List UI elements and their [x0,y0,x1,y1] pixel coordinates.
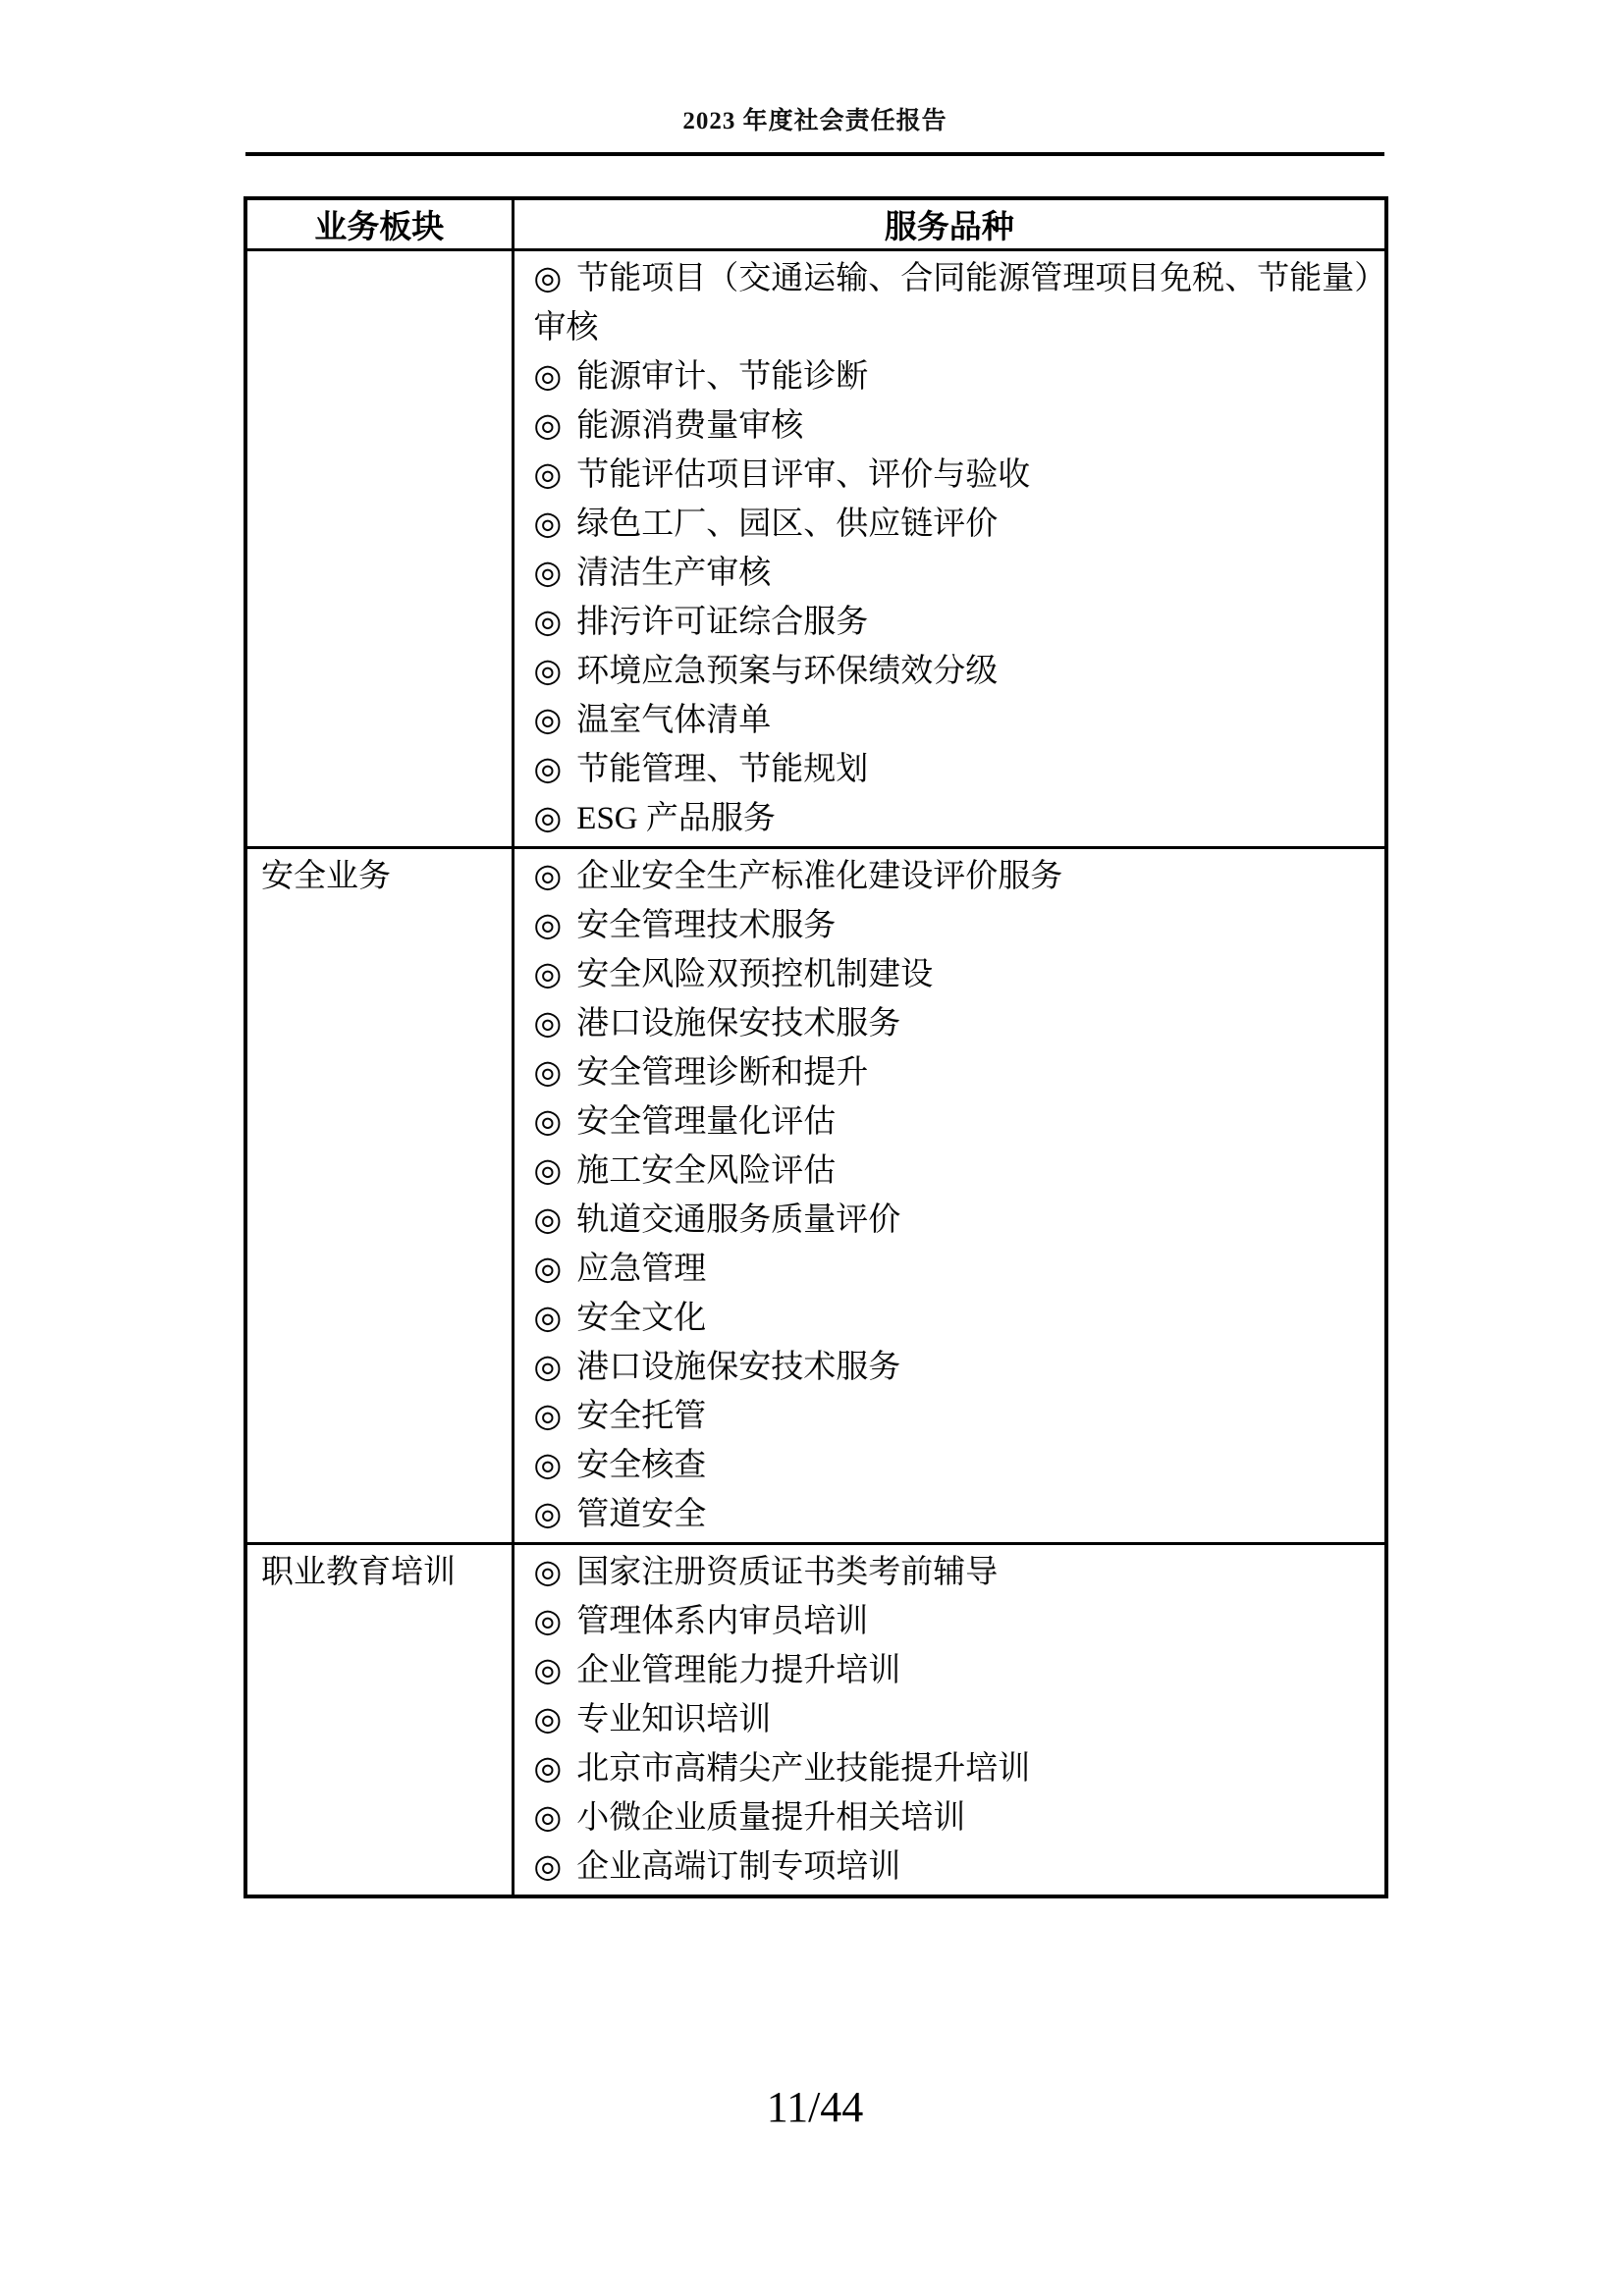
service-item: ◎专业知识培训 [534,1695,1376,1744]
table-row-education: 职业教育培训 ◎国家注册资质证书类考前辅导 ◎管理体系内审员培训 ◎企业管理能力… [245,1543,1386,1896]
service-item-text: 管道安全 [576,1497,706,1532]
bullet-icon: ◎ [534,1350,563,1385]
service-item: ◎企业管理能力提升培训 [534,1646,1376,1695]
service-item-text: 港口设施保安技术服务 [576,1006,900,1041]
service-item: ◎小微企业质量提升相关培训 [534,1793,1376,1842]
service-item-text: 安全托管 [576,1399,706,1434]
service-item-text: 清洁生产审核 [576,556,771,591]
bullet-icon: ◎ [534,1800,563,1836]
business-services-table-wrap: 业务板块 服务品种 ◎节能项目（交通运输、合同能源管理项目免税、节能量）审核 ◎… [244,196,1384,1898]
service-item-text: 节能项目（交通运输、合同能源管理项目免税、节能量）审核 [534,261,1371,346]
document-page: 2023 年度社会责任报告 业务板块 服务品种 ◎节能项目（交通运输、合同能源管… [0,0,1624,2296]
service-item-text: 轨道交通服务质量评价 [576,1202,900,1238]
bullet-icon: ◎ [534,359,563,395]
service-item: ◎安全管理技术服务 [534,901,1376,950]
bullet-icon: ◎ [534,1497,563,1532]
bullet-icon: ◎ [534,408,563,444]
service-item: ◎清洁生产审核 [534,549,1376,598]
service-item: ◎安全核查 [534,1441,1376,1490]
service-item: ◎施工安全风险评估 [534,1147,1376,1196]
bullet-icon: ◎ [534,957,563,992]
bullet-icon: ◎ [534,752,563,787]
bullet-icon: ◎ [534,457,563,493]
service-item-text: 管理体系内审员培训 [576,1604,868,1639]
bullet-icon: ◎ [534,801,563,836]
service-item-text: 应急管理 [576,1252,706,1287]
service-item-text: 绿色工厂、园区、供应链评价 [576,507,998,542]
service-item-text: 排污许可证综合服务 [576,605,868,640]
service-item-text: 企业管理能力提升培训 [576,1653,900,1688]
service-item: ◎排污许可证综合服务 [534,598,1376,647]
column-header-sector: 业务板块 [245,198,513,249]
table-header-row: 业务板块 服务品种 [245,198,1386,249]
service-item: ◎安全文化 [534,1294,1376,1343]
sector-label-education: 职业教育培训 [245,1543,513,1896]
service-item-text: 国家注册资质证书类考前辅导 [576,1555,998,1590]
service-item-text: 安全文化 [576,1301,706,1336]
service-item: ◎企业安全生产标准化建设评价服务 [534,852,1376,901]
bullet-icon: ◎ [534,703,563,738]
bullet-icon: ◎ [534,1849,563,1885]
bullet-icon: ◎ [534,556,563,591]
service-item: ◎安全托管 [534,1392,1376,1441]
service-item: ◎绿色工厂、园区、供应链评价 [534,500,1376,549]
service-item: ◎温室气体清单 [534,696,1376,745]
bullet-icon: ◎ [534,654,563,689]
bullet-icon: ◎ [534,1751,563,1787]
service-item-text: 企业高端订制专项培训 [576,1849,900,1885]
service-item-text: 温室气体清单 [576,703,771,738]
service-item-text: 安全核查 [576,1448,706,1483]
bullet-icon: ◎ [534,1555,563,1590]
service-item: ◎节能项目（交通运输、合同能源管理项目免税、节能量）审核 [534,254,1376,352]
bullet-icon: ◎ [534,605,563,640]
bullet-icon: ◎ [534,1055,563,1091]
business-services-table: 业务板块 服务品种 ◎节能项目（交通运输、合同能源管理项目免税、节能量）审核 ◎… [244,196,1388,1898]
service-item: ◎能源审计、节能诊断 [534,352,1376,401]
report-title: 2023 年度社会责任报告 [245,101,1384,136]
bullet-icon: ◎ [534,507,563,542]
bullet-icon: ◎ [534,1006,563,1041]
service-item: ◎北京市高精尖产业技能提升培训 [534,1744,1376,1793]
service-item: ◎港口设施保安技术服务 [534,999,1376,1048]
sector-label-empty [245,249,513,847]
table-row-safety: 安全业务 ◎企业安全生产标准化建设评价服务 ◎安全管理技术服务 ◎安全风险双预控… [245,847,1386,1543]
bullet-icon: ◎ [534,1153,563,1189]
service-item-text: 港口设施保安技术服务 [576,1350,900,1385]
bullet-icon: ◎ [534,1448,563,1483]
bullet-icon: ◎ [534,859,563,894]
service-item-text: 安全管理诊断和提升 [576,1055,868,1091]
service-item: ◎安全管理量化评估 [534,1097,1376,1147]
bullet-icon: ◎ [534,1301,563,1336]
service-item-text: 节能评估项目评审、评价与验收 [576,457,1030,493]
sector-label-safety: 安全业务 [245,847,513,1543]
service-item: ◎安全管理诊断和提升 [534,1048,1376,1097]
service-item-text: 施工安全风险评估 [576,1153,836,1189]
service-item: ◎国家注册资质证书类考前辅导 [534,1548,1376,1597]
service-item: ◎管理体系内审员培训 [534,1597,1376,1646]
service-item: ◎安全风险双预控机制建设 [534,950,1376,999]
service-item: ◎节能管理、节能规划 [534,745,1376,794]
service-item-text: 能源消费量审核 [576,408,803,444]
bullet-icon: ◎ [534,1202,563,1238]
service-item: ◎企业高端订制专项培训 [534,1842,1376,1892]
service-item-text: 节能管理、节能规划 [576,752,868,787]
service-item-text: 安全风险双预控机制建设 [576,957,933,992]
service-item-text: 安全管理量化评估 [576,1104,836,1140]
bullet-icon: ◎ [534,1252,563,1287]
service-item-text: 北京市高精尖产业技能提升培训 [576,1751,1030,1787]
service-item: ◎轨道交通服务质量评价 [534,1196,1376,1245]
service-item: ◎管道安全 [534,1490,1376,1539]
bullet-icon: ◎ [534,1702,563,1737]
header-rule [245,152,1384,156]
service-item-text: 环境应急预案与环保绩效分级 [576,654,998,689]
service-item-text: 安全管理技术服务 [576,908,836,943]
table-row-energy: ◎节能项目（交通运输、合同能源管理项目免税、节能量）审核 ◎能源审计、节能诊断 … [245,249,1386,847]
service-item: ◎环境应急预案与环保绩效分级 [534,647,1376,696]
service-item-text: 能源审计、节能诊断 [576,359,868,395]
service-item: ◎应急管理 [534,1245,1376,1294]
bullet-icon: ◎ [534,1104,563,1140]
service-item-text: 小微企业质量提升相关培训 [576,1800,965,1836]
page-number: 11/44 [245,2082,1384,2132]
service-item-text: 企业安全生产标准化建设评价服务 [576,859,1062,894]
service-item-text: 专业知识培训 [576,1702,771,1737]
bullet-icon: ◎ [534,261,563,296]
column-header-services: 服务品种 [513,198,1386,249]
bullet-icon: ◎ [534,908,563,943]
service-item: ◎能源消费量审核 [534,401,1376,451]
service-item: ◎节能评估项目评审、评价与验收 [534,451,1376,500]
service-item: ◎ESG 产品服务 [534,794,1376,843]
bullet-icon: ◎ [534,1399,563,1434]
bullet-icon: ◎ [534,1604,563,1639]
bullet-icon: ◎ [534,1653,563,1688]
service-item-text: ESG 产品服务 [576,801,776,836]
service-item: ◎港口设施保安技术服务 [534,1343,1376,1392]
